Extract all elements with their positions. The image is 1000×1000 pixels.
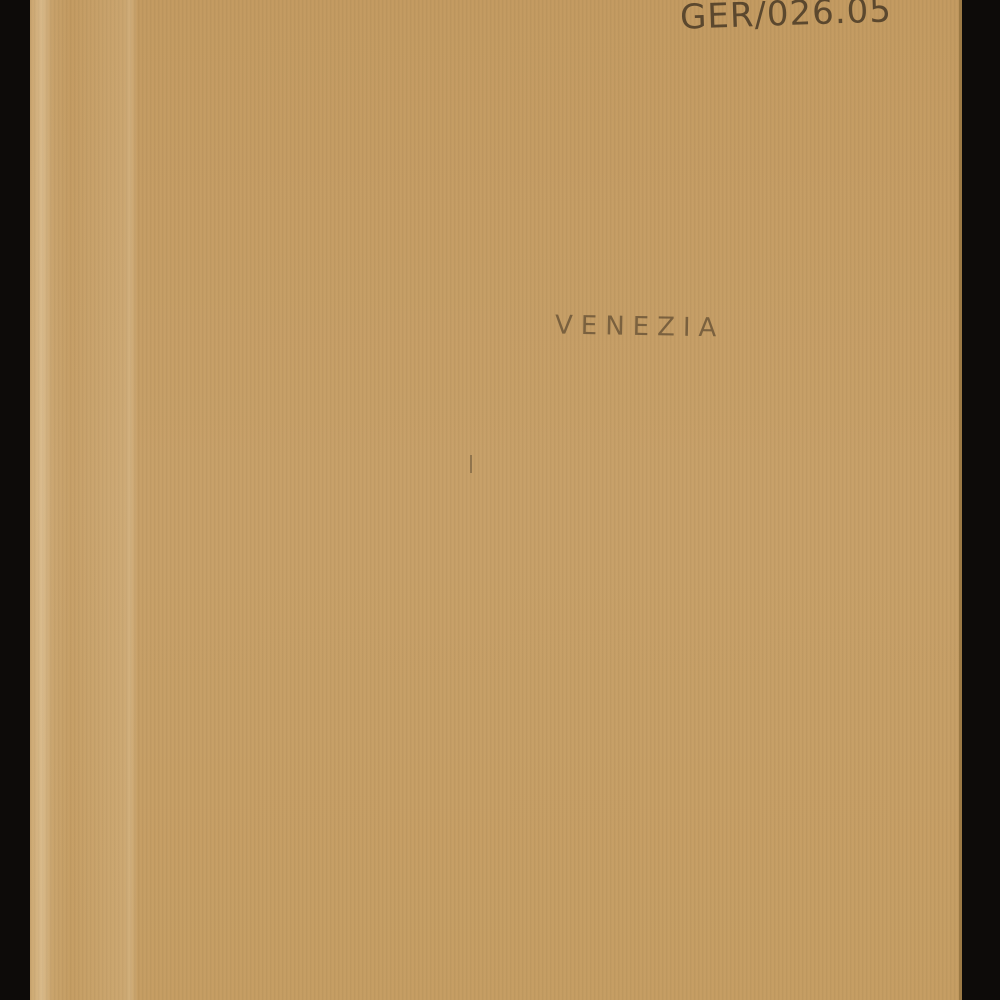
- reference-number: GER/026.05: [679, 0, 892, 38]
- cover-right-edge: [959, 0, 962, 1000]
- pencil-mark: [470, 455, 472, 473]
- folder-title: VENEZIA: [555, 311, 725, 344]
- folder-cover: GER/026.05 VENEZIA: [30, 0, 962, 1000]
- folder-spine-crease: [30, 0, 230, 1000]
